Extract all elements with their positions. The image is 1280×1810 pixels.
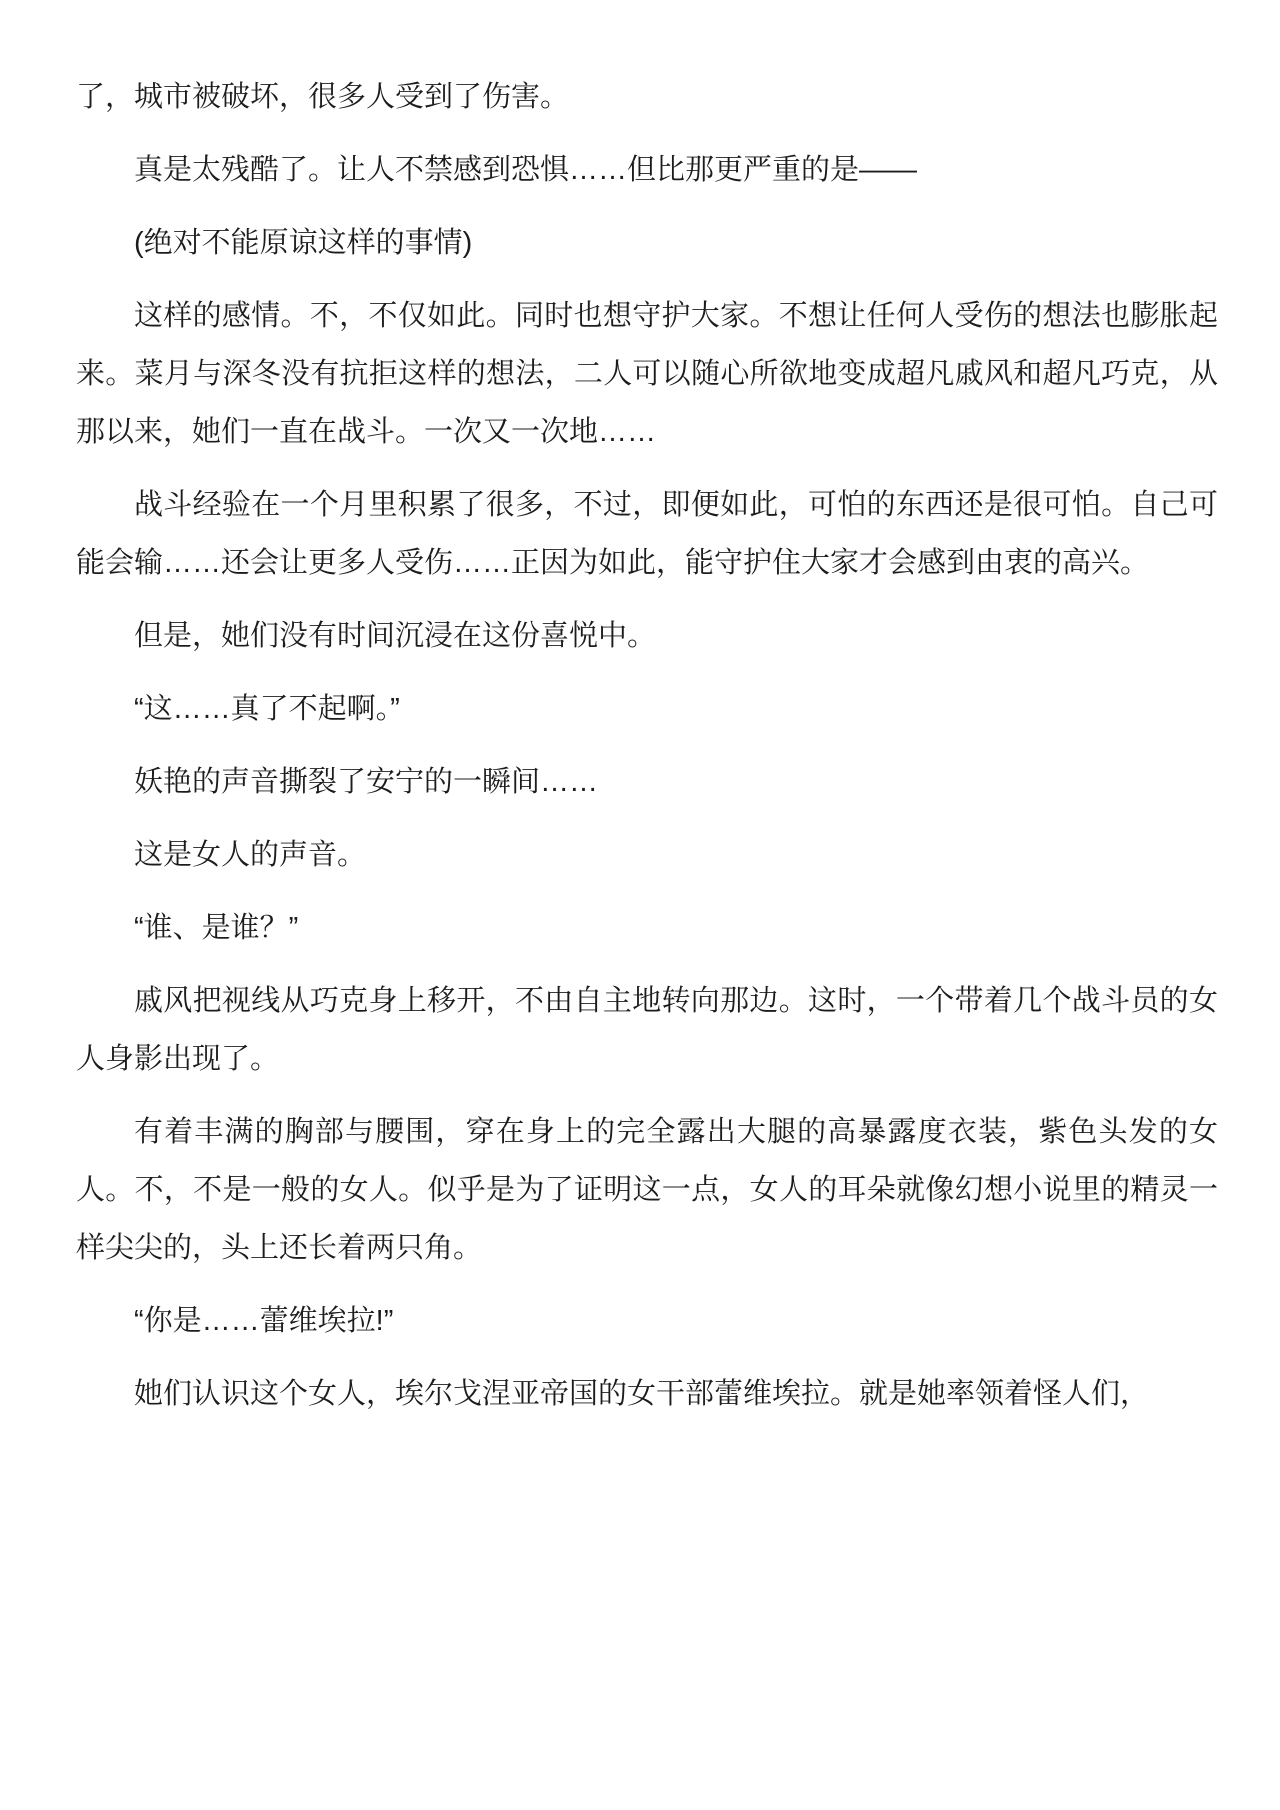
text-body: 了，城市被破坏，很多人受到了伤害。真是太残酷了。让人不禁感到恐惧……但比那更严重… (76, 68, 1218, 1423)
paragraph: 但是，她们没有时间沉浸在这份喜悦中。 (76, 607, 1218, 665)
paragraph: 战斗经验在一个月里积累了很多，不过，即便如此，可怕的东西还是很可怕。自己可能会输… (76, 476, 1218, 592)
document-page: 了，城市被破坏，很多人受到了伤害。真是太残酷了。让人不禁感到恐惧……但比那更严重… (0, 0, 1280, 1810)
paragraph: 了，城市被破坏，很多人受到了伤害。 (76, 68, 1218, 126)
paragraph: 真是太残酷了。让人不禁感到恐惧……但比那更严重的是—— (76, 141, 1218, 199)
paragraph: “谁、是谁？” (76, 899, 1218, 957)
paragraph: “你是……蕾维埃拉!” (76, 1292, 1218, 1350)
paragraph: 妖艳的声音撕裂了安宁的一瞬间…… (76, 753, 1218, 811)
paragraph: 戚风把视线从巧克身上移开，不由自主地转向那边。这时，一个带着几个战斗员的女人身影… (76, 972, 1218, 1088)
paragraph: 这是女人的声音。 (76, 826, 1218, 884)
paragraph: 她们认识这个女人，埃尔戈涅亚帝国的女干部蕾维埃拉。就是她率领着怪人们， (76, 1365, 1218, 1423)
paragraph: (绝对不能原谅这样的事情) (76, 214, 1218, 272)
paragraph: “这……真了不起啊。” (76, 680, 1218, 738)
paragraph: 有着丰满的胸部与腰围，穿在身上的完全露出大腿的高暴露度衣装，紫色头发的女人。不，… (76, 1103, 1218, 1277)
paragraph: 这样的感情。不，不仅如此。同时也想守护大家。不想让任何人受伤的想法也膨胀起来。菜… (76, 287, 1218, 461)
